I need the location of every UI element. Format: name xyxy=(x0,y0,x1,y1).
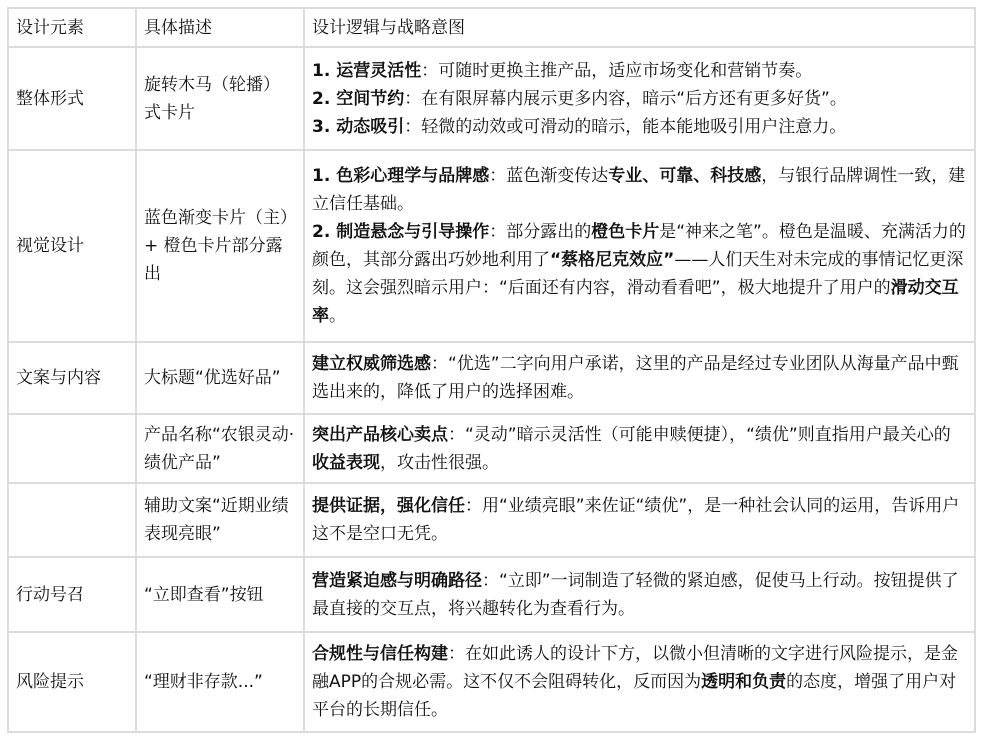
logic-cell: 营造紧迫感与明确路径：“立即”一词制造了轻微的紧迫感，促使马上行动。按钮提供了最… xyxy=(304,557,975,632)
design-analysis-table: 设计元素 具体描述 设计逻辑与战略意图 整体形式 旋转木马（轮播）式卡片 1. … xyxy=(7,7,976,733)
logic-point: 3. 动态吸引：轻微的动效或可滑动的暗示，能本能地吸引用户注意力。 xyxy=(312,113,966,141)
description-cell: 大标题“优选好品” xyxy=(136,342,304,414)
header-logic: 设计逻辑与战略意图 xyxy=(304,8,975,47)
element-cell: 风险提示 xyxy=(8,632,136,732)
table-header-row: 设计元素 具体描述 设计逻辑与战略意图 xyxy=(8,8,975,47)
table-row: 视觉设计 蓝色渐变卡片（主）+ 橙色卡片部分露出 1. 色彩心理学与品牌感：蓝色… xyxy=(8,150,975,342)
description-cell: “立即查看”按钮 xyxy=(136,557,304,632)
logic-point: 1. 色彩心理学与品牌感：蓝色渐变传达专业、可靠、科技感，与银行品牌调性一致，建… xyxy=(312,162,966,218)
logic-cell: 1. 色彩心理学与品牌感：蓝色渐变传达专业、可靠、科技感，与银行品牌调性一致，建… xyxy=(304,150,975,342)
logic-cell: 提供证据，强化信任：用“业绩亮眼”来佐证“绩优”，是一种社会认同的运用，告诉用户… xyxy=(304,483,975,557)
description-cell: “理财非存款...” xyxy=(136,632,304,732)
table-row: 风险提示 “理财非存款...” 合规性与信任构建：在如此诱人的设计下方，以微小但… xyxy=(8,632,975,732)
description-cell: 蓝色渐变卡片（主）+ 橙色卡片部分露出 xyxy=(136,150,304,342)
description-cell: 产品名称“农银灵动·绩优产品” xyxy=(136,414,304,483)
element-cell: 文案与内容 xyxy=(8,342,136,414)
element-cell: 视觉设计 xyxy=(8,150,136,342)
table-row: 产品名称“农银灵动·绩优产品” 突出产品核心卖点：“灵动”暗示灵活性（可能申赎便… xyxy=(8,414,975,483)
logic-point: 2. 制造悬念与引导操作：部分露出的橙色卡片是“神来之笔”。橙色是温暖、充满活力… xyxy=(312,218,966,330)
logic-point: 1. 运营灵活性：可随时更换主推产品，适应市场变化和营销节奏。 xyxy=(312,57,966,85)
element-cell: 行动号召 xyxy=(8,557,136,632)
element-cell: 整体形式 xyxy=(8,47,136,150)
header-description: 具体描述 xyxy=(136,8,304,47)
logic-cell: 突出产品核心卖点：“灵动”暗示灵活性（可能申赎便捷），“绩优”则直指用户最关心的… xyxy=(304,414,975,483)
table-row: 整体形式 旋转木马（轮播）式卡片 1. 运营灵活性：可随时更换主推产品，适应市场… xyxy=(8,47,975,150)
logic-point: 2. 空间节约：在有限屏幕内展示更多内容，暗示“后方还有更多好货”。 xyxy=(312,85,966,113)
description-cell: 辅助文案“近期业绩表现亮眼” xyxy=(136,483,304,557)
table-row: 行动号召 “立即查看”按钮 营造紧迫感与明确路径：“立即”一词制造了轻微的紧迫感… xyxy=(8,557,975,632)
logic-cell: 1. 运营灵活性：可随时更换主推产品，适应市场变化和营销节奏。 2. 空间节约：… xyxy=(304,47,975,150)
logic-cell: 合规性与信任构建：在如此诱人的设计下方，以微小但清晰的文字进行风险提示，是金融A… xyxy=(304,632,975,732)
table-row: 文案与内容 大标题“优选好品” 建立权威筛选感：“优选”二字向用户承诺，这里的产… xyxy=(8,342,975,414)
element-cell xyxy=(8,483,136,557)
element-cell xyxy=(8,414,136,483)
header-design-element: 设计元素 xyxy=(8,8,136,47)
description-cell: 旋转木马（轮播）式卡片 xyxy=(136,47,304,150)
table-row: 辅助文案“近期业绩表现亮眼” 提供证据，强化信任：用“业绩亮眼”来佐证“绩优”，… xyxy=(8,483,975,557)
logic-cell: 建立权威筛选感：“优选”二字向用户承诺，这里的产品是经过专业团队从海量产品中甄选… xyxy=(304,342,975,414)
